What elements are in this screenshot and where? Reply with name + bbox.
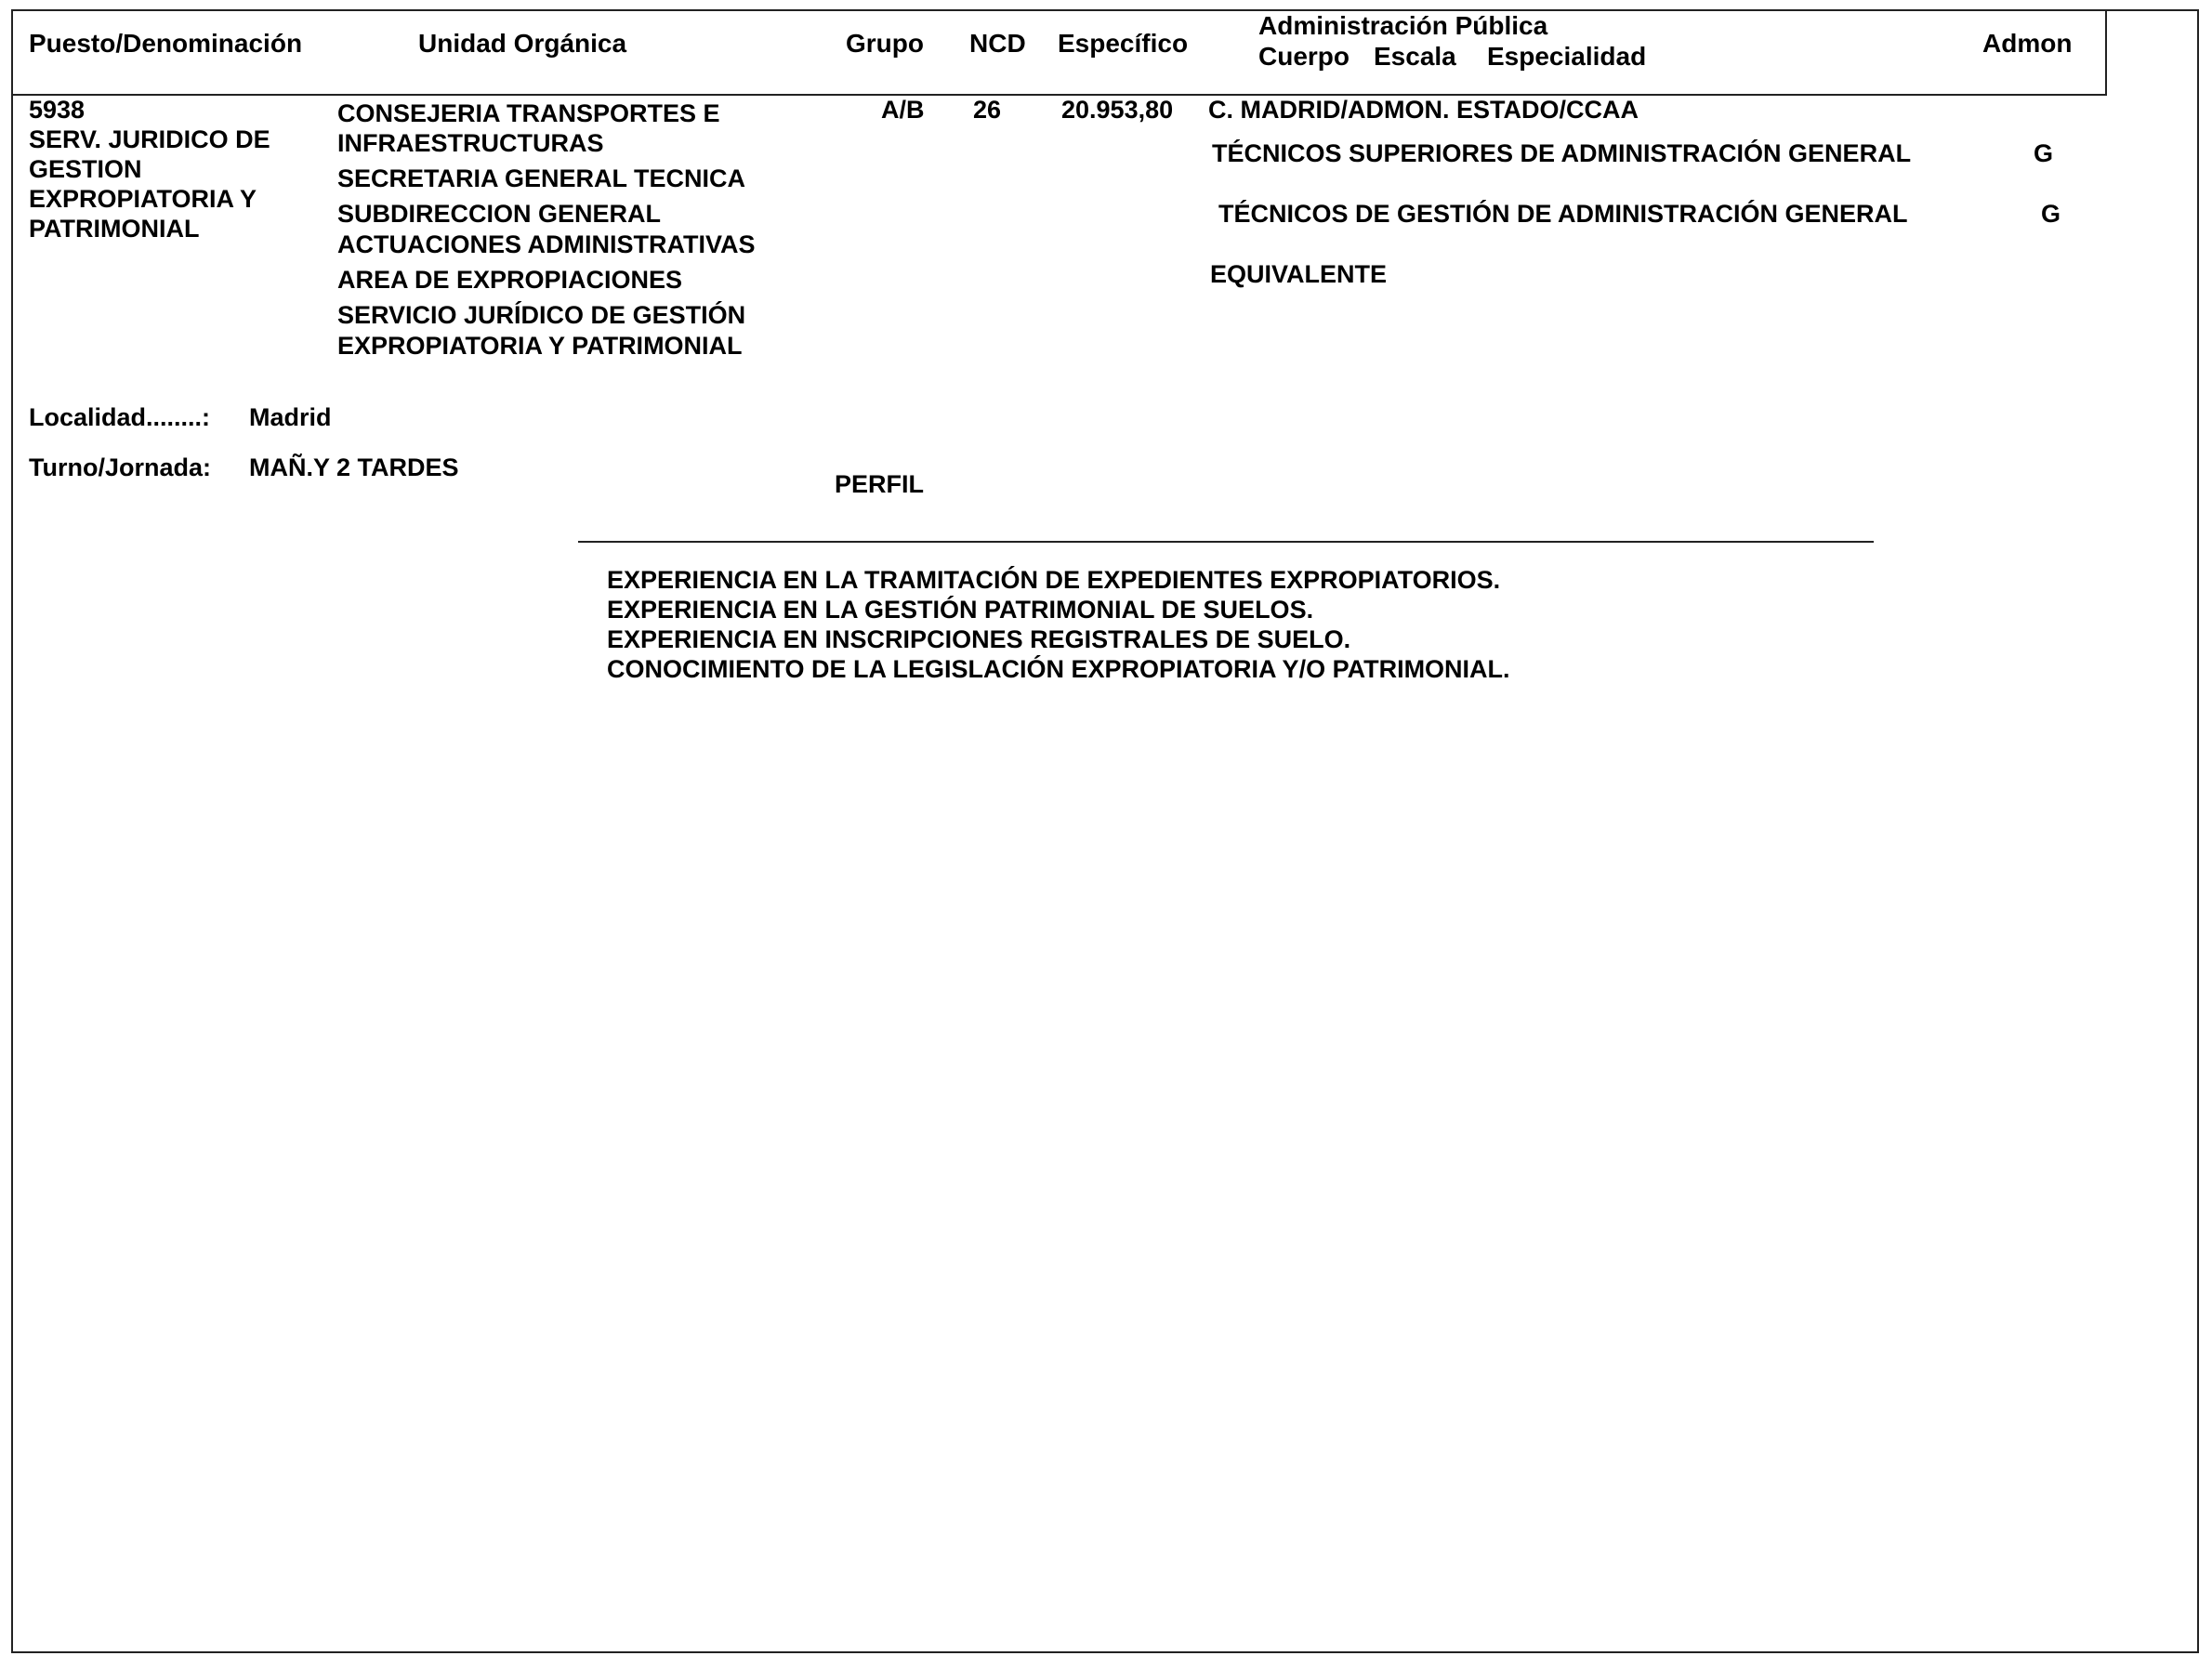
servicio-line: EXPROPIATORIA Y PATRIMONIAL bbox=[337, 334, 756, 364]
consejeria-line: INFRAESTRUCTURAS bbox=[337, 131, 756, 166]
localidad-value: Madrid bbox=[249, 405, 332, 430]
header-grupo: Grupo bbox=[846, 31, 924, 57]
cuerpo-name: TÉCNICOS DE GESTIÓN DE ADMINISTRACIÓN GE… bbox=[1218, 202, 1908, 227]
especifico-value: 20.953,80 bbox=[1061, 98, 1173, 123]
header-escala: Escala bbox=[1374, 44, 1456, 70]
denominacion-line: GESTION bbox=[29, 157, 270, 187]
ncd-value: 26 bbox=[973, 98, 1001, 123]
perfil-divider bbox=[578, 541, 1874, 543]
secretaria-line: SECRETARIA GENERAL TECNICA bbox=[337, 166, 756, 202]
cuerpo-name: TÉCNICOS SUPERIORES DE ADMINISTRACIÓN GE… bbox=[1212, 141, 1911, 166]
denominacion-line: SERV. JURIDICO DE bbox=[29, 127, 270, 157]
cuerpo-admon: G bbox=[2034, 141, 2053, 166]
header-ncd: NCD bbox=[969, 31, 1026, 57]
perfil-title: PERFIL bbox=[835, 472, 924, 497]
header-admon: Admon bbox=[1982, 31, 2072, 57]
grupo-value: A/B bbox=[881, 98, 925, 123]
turno-label: Turno/Jornada: bbox=[29, 455, 211, 480]
header-administracion: Administración Pública bbox=[1258, 13, 1547, 39]
header-puesto: Puesto/Denominación bbox=[29, 31, 302, 57]
perfil-item: CONOCIMIENTO DE LA LEGISLACIÓN EXPROPIAT… bbox=[607, 657, 1510, 687]
subdireccion-line: ACTUACIONES ADMINISTRATIVAS bbox=[337, 232, 756, 268]
turno-value: MAÑ.Y 2 TARDES bbox=[249, 455, 459, 480]
header-especialidad: Especialidad bbox=[1487, 44, 1646, 70]
area-line: AREA DE EXPROPIACIONES bbox=[337, 268, 756, 303]
header-cuerpo: Cuerpo bbox=[1258, 44, 1350, 70]
perfil-item: EXPERIENCIA EN LA TRAMITACIÓN DE EXPEDIE… bbox=[607, 568, 1510, 598]
perfil-item: EXPERIENCIA EN INSCRIPCIONES REGISTRALES… bbox=[607, 627, 1510, 657]
denominacion-line: PATRIMONIAL bbox=[29, 217, 270, 246]
cuerpo-name: EQUIVALENTE bbox=[1210, 262, 1387, 287]
cuerpo-admon: G bbox=[2041, 202, 2061, 227]
localidad-label: Localidad........: bbox=[29, 405, 210, 430]
puesto-numero: 5938 bbox=[29, 98, 270, 127]
perfil-list: EXPERIENCIA EN LA TRAMITACIÓN DE EXPEDIE… bbox=[607, 568, 1510, 687]
subdireccion-line: SUBDIRECCION GENERAL bbox=[337, 202, 756, 232]
unidad-organica-block: CONSEJERIA TRANSPORTES E INFRAESTRUCTURA… bbox=[337, 101, 756, 364]
header-especifico: Específico bbox=[1058, 31, 1188, 57]
servicio-line: SERVICIO JURÍDICO DE GESTIÓN bbox=[337, 303, 756, 334]
consejeria-line: CONSEJERIA TRANSPORTES E bbox=[337, 101, 756, 131]
puesto-block: 5938 SERV. JURIDICO DE GESTION EXPROPIAT… bbox=[29, 98, 270, 246]
denominacion-line: EXPROPIATORIA Y bbox=[29, 187, 270, 217]
perfil-item: EXPERIENCIA EN LA GESTIÓN PATRIMONIAL DE… bbox=[607, 598, 1510, 627]
administracion-publica-value: C. MADRID/ADMON. ESTADO/CCAA bbox=[1208, 98, 1639, 123]
header-unidad: Unidad Orgánica bbox=[418, 31, 626, 57]
